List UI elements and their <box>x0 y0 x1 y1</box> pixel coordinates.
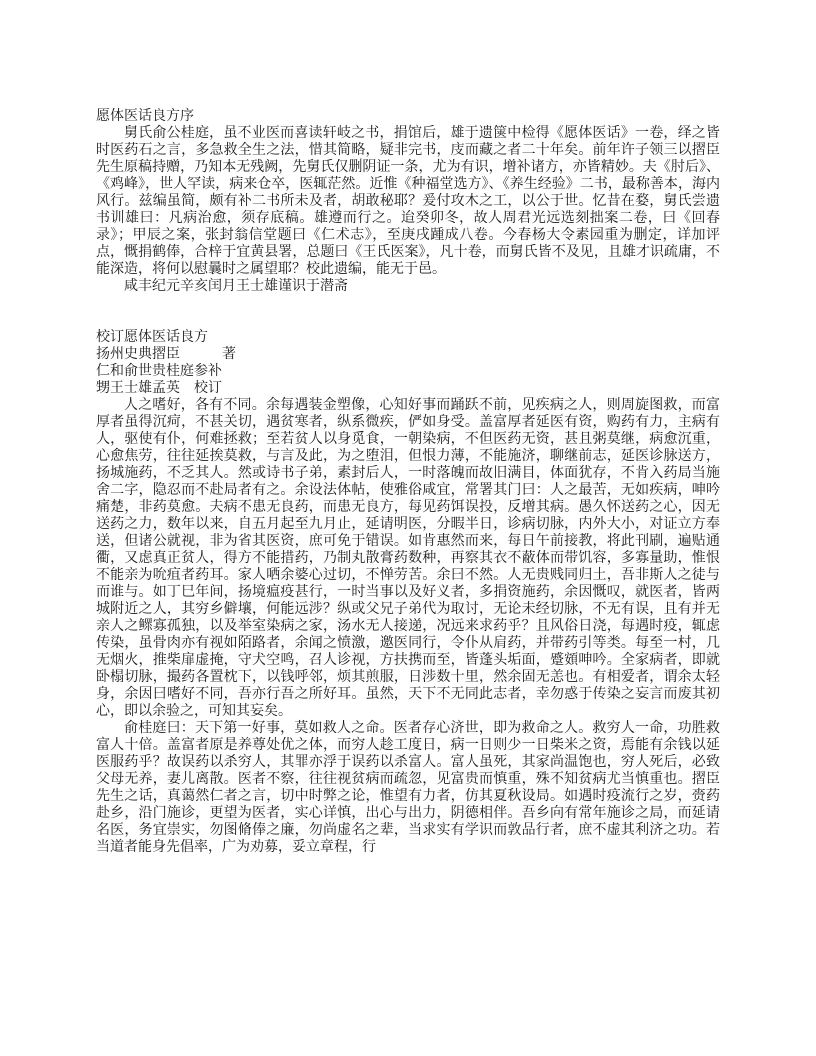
preface-signature: 咸丰纪元辛亥闰月王士雄谨识于潜斋 <box>96 278 720 295</box>
document-page: 愿体医话良方序 舅氏俞公桂庭，虽不业医而喜读轩岐之书，捐馆后，雄于遗箧中检得《愿… <box>0 0 816 1056</box>
main-paragraph-1: 人之嗜好，各有不同。余每遇装金塑像，心知好事而踊跃不前，见疾病之人，则周旋图救，… <box>96 397 720 720</box>
preface-body: 舅氏俞公桂庭，虽不业医而喜读轩岐之书，捐馆后，雄于遗箧中检得《愿体医话》一卷，绎… <box>96 125 720 278</box>
main-title: 校订愿体医话良方 <box>96 329 720 346</box>
main-paragraph-2: 俞桂庭曰：天下第一好事，莫如救人之命。医者存心济世，即为救命之人。救穷人一命，功… <box>96 720 720 856</box>
byline-supplementer: 仁和俞世贵桂庭参补 <box>96 363 720 380</box>
byline-author: 扬州史典摺臣 著 <box>96 346 720 363</box>
main-text-section: 校订愿体医话良方 扬州史典摺臣 著 仁和俞世贵桂庭参补 甥王士雄孟英 校订 人之… <box>96 329 720 856</box>
preface-section: 愿体医话良方序 舅氏俞公桂庭，虽不业医而喜读轩岐之书，捐馆后，雄于遗箧中检得《愿… <box>96 108 720 295</box>
byline-collator: 甥王士雄孟英 校订 <box>96 380 720 397</box>
preface-title: 愿体医话良方序 <box>96 108 720 125</box>
